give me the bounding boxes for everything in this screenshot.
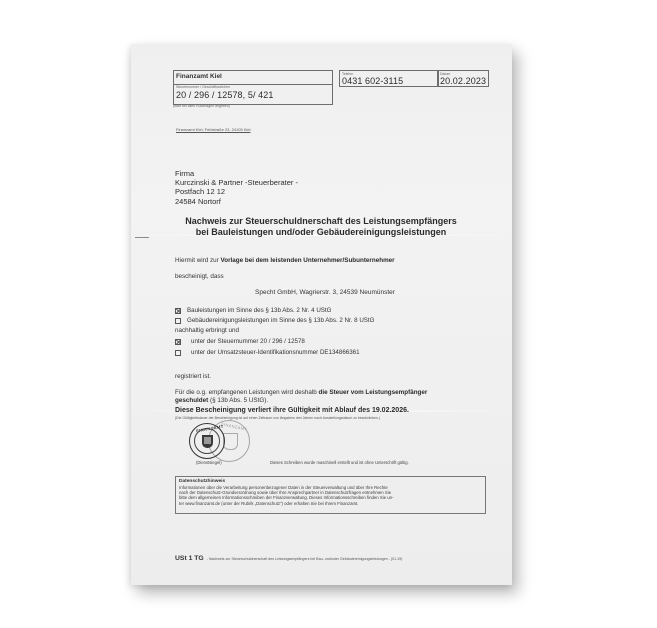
liability-text: (§ 13b Abs. 5 UStG). — [208, 397, 268, 404]
liability-line: Für die o.g. empfangenen Leistungen wird… — [175, 389, 427, 396]
liability-bold: geschuldet — [175, 397, 208, 404]
registered-text: registriert ist. — [175, 373, 211, 380]
privacy-notice-box: Datenschutzhinweis Informationen über di… — [175, 476, 486, 514]
sender-line: Finanzamt Kiel, Feldstraße 23, 24105 Kie… — [176, 127, 250, 132]
intro-paragraph: Hiermit wird zur Vorlage bei dem leisten… — [175, 257, 395, 264]
recipient-line: Kurczinski & Partner -Steuerberater - — [175, 178, 298, 187]
intro-bold: Vorlage bei dem leistenden Unternehmer/S… — [220, 257, 394, 264]
liability-text: Für die o.g. empfangenen Leistungen wird… — [175, 389, 319, 396]
reference-hint: (Bitte bei allen Rückfragen angeben) — [173, 104, 230, 108]
contractor-company: Specht GmbH, Wagrierstr. 3, 24539 Neumün… — [175, 289, 475, 296]
service-option: Gebäudereinigungsleistungen im Sinne des… — [175, 317, 374, 324]
date-box: Datum 20.02.2023 — [437, 70, 489, 87]
recipient-address: Firma Kurczinski & Partner -Steuerberate… — [175, 169, 298, 206]
tax-number: 20 / 296 / 12578, 5/ 421 — [176, 90, 273, 100]
service-option: Bauleistungen im Sinne des § 13b Abs. 2 … — [175, 307, 331, 314]
issue-date: 20.02.2023 — [440, 76, 486, 86]
title-line: bei Bauleistungen und/oder Gebäudereinig… — [151, 227, 491, 238]
certified-text: bescheinigt, dass — [175, 273, 224, 280]
title-line: Nachweis zur Steuerschuldnerschaft des L… — [151, 216, 491, 227]
tax-certificate-document: Finanzamt Kiel Steuernummer / Geschäftsz… — [131, 44, 512, 585]
checkbox-icon — [175, 308, 181, 314]
recipient-line: 24584 Nortorf — [175, 197, 298, 206]
recipient-line: Postfach 12 12 — [175, 187, 298, 196]
registration-option: unter der Umsatzsteuer-Identifikationsnu… — [175, 349, 360, 356]
option-label: Bauleistungen im Sinne des § 13b Abs. 2 … — [187, 307, 331, 314]
form-footer: USt 1 TG - Nachweis zur Steuerschuldners… — [175, 555, 402, 562]
recipient-line: Firma — [175, 169, 298, 178]
sustained-text: nachhaltig erbringt und — [175, 327, 239, 334]
checkbox-icon — [175, 339, 181, 345]
liability-bold: die Steuer vom Leistungsempfänger — [319, 389, 428, 396]
crest-icon — [202, 435, 213, 448]
office-info-box: Finanzamt Kiel Steuernummer / Geschäftsz… — [173, 70, 333, 105]
phone-box: Telefon 0431 602-3115 — [339, 70, 439, 87]
crest-icon — [223, 433, 238, 450]
seal-label: (Dienstsiegel) — [196, 460, 222, 465]
liability-line: geschuldet (§ 13b Abs. 5 UStG). — [175, 397, 268, 404]
validity-note: (Die Gültigkeitsdauer der Bescheinigung … — [175, 416, 380, 420]
seal-rim-text: FINANZAMT — [221, 421, 248, 431]
intro-text: Hiermit wird zur — [175, 257, 220, 264]
privacy-line: ter www.finanzamt.de (unter der Rubrik „… — [179, 501, 482, 506]
form-description: - Nachweis zur Steuerschuldnerschaft des… — [207, 557, 403, 561]
registration-option: unter der Steuernummer 20 / 296 / 12578 — [175, 338, 305, 345]
checkbox-icon — [175, 350, 181, 356]
document-title: Nachweis zur Steuerschuldnerschaft des L… — [151, 216, 491, 238]
tax-number-label: Steuernummer / Geschäftszeichen — [176, 85, 230, 89]
form-id: USt 1 TG — [175, 555, 204, 562]
phone-number: 0431 602-3115 — [342, 76, 403, 86]
office-name: Finanzamt Kiel — [176, 73, 222, 80]
fold-mark — [135, 237, 149, 238]
checkbox-icon — [175, 318, 181, 324]
option-label: unter der Steuernummer 20 / 296 / 12578 — [191, 338, 305, 345]
option-label: Gebäudereinigungsleistungen im Sinne des… — [187, 317, 374, 324]
validity-statement: Diese Bescheinigung verliert ihre Gültig… — [175, 407, 409, 414]
seal-icon: FINANZAMT — [189, 423, 225, 459]
official-seal: FINANZAMT FINANZAMT (Dienstsiegel) — [186, 422, 256, 472]
option-label: unter der Umsatzsteuer-Identifikationsnu… — [191, 349, 360, 356]
machine-generated-note: Dieses Schreiben wurde maschinell erstel… — [270, 460, 409, 465]
